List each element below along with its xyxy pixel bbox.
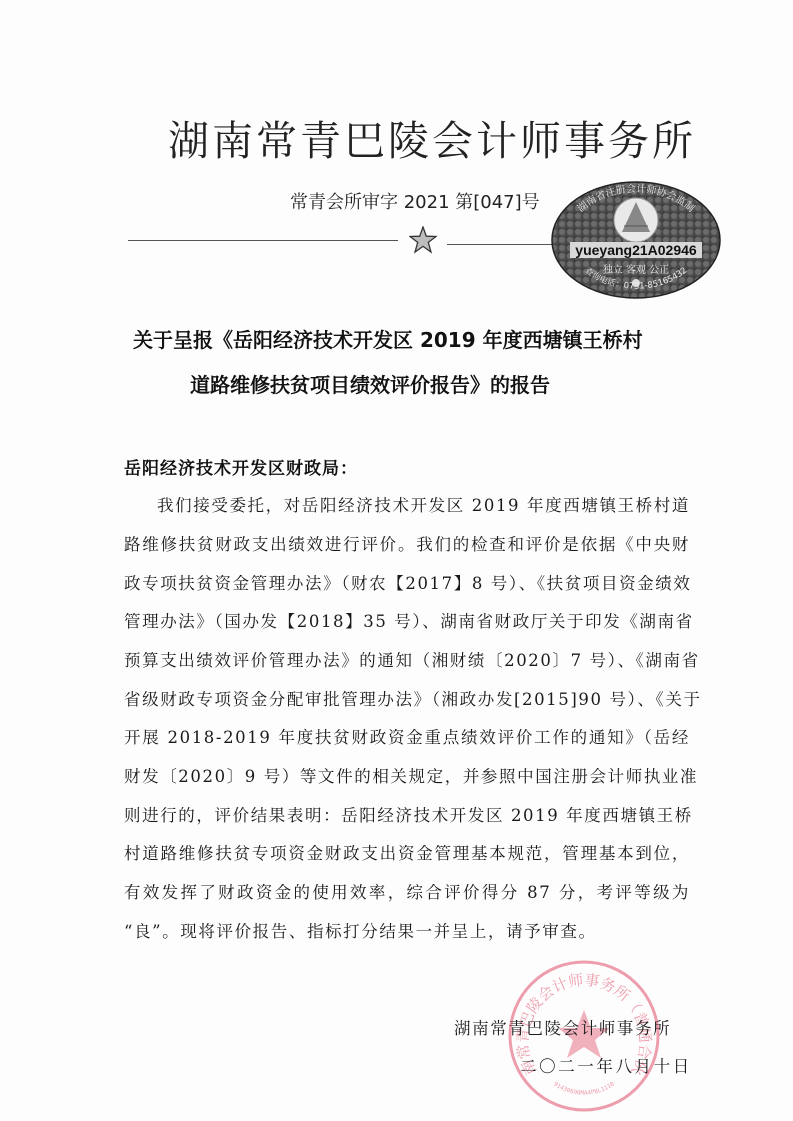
report-title-line-1: 关于呈报《岳阳经济技术开发区 2019 年度西塘镇王桥村 — [133, 324, 753, 353]
signature-date: 二〇二一年八月十日 — [520, 1053, 692, 1077]
body-line: 开展 2018-2019 年度扶贫财政资金重点绩效评价工作的通知》（岳经 — [124, 724, 690, 748]
body-line: 管理办法》（国办发【2018】35 号）、湖南省财政厅关于印发《湖南省 — [124, 608, 690, 632]
document-number: 常青会所审字 2021 第[047]号 — [290, 188, 540, 214]
firm-title: 湖南常青巴陵会计师事务所 — [168, 108, 708, 167]
anti-counterfeit-seal: 湖南省注册会计师协会监制 yueyang21A02946 独立 客观 公正 查询… — [550, 180, 722, 300]
body-line: 路维修扶贫财政支出绩效进行评价。我们的检查和评价是依据《中央财 — [124, 531, 690, 555]
report-title-line-2: 道路维修扶贫项目绩效评价报告》的报告 — [190, 369, 793, 398]
header-divider-right — [447, 244, 567, 245]
body-line: 预算支出绩效评价管理办法》的通知（湘财绩〔2020〕7 号）、《湖南省 — [124, 647, 690, 671]
salutation: 岳阳经济技术开发区财政局： — [124, 454, 358, 479]
body-line: 财发〔2020〕9 号）等文件的相关规定，并参照中国注册会计师执业准 — [124, 763, 690, 787]
signature-firm-name: 湖南常青巴陵会计师事务所 — [454, 1015, 671, 1039]
svg-text:91430600MA4PBL1110: 91430600MA4PBL1110 — [552, 1080, 616, 1096]
body-line: 政专项扶贫资金管理办法》（财农【2017】8 号）、《扶贫项目资金绩效 — [124, 570, 690, 594]
body-line: 村道路维修扶贫专项资金财政支出资金管理基本规范，管理基本到位， — [124, 840, 690, 864]
body-line: “良”。现将评价报告、指标打分结果一并呈上，请予审查。 — [124, 918, 597, 942]
body-line: 我们接受委托，对岳阳经济技术开发区 2019 年度西塘镇王桥村道 — [157, 492, 690, 516]
star-icon — [409, 226, 437, 254]
document-page: 湖南常青巴陵会计师事务所 常青会所审字 2021 第[047]号 湖南省注册会计… — [0, 0, 793, 1121]
body-line: 则进行的，评价结果表明：岳阳经济技术开发区 2019 年度西塘镇王桥 — [124, 802, 690, 826]
seal-motto: 独立 客观 公正 — [603, 263, 669, 276]
seal-code: yueyang21A02946 — [575, 242, 697, 258]
body-line: 有效发挥了财政资金的使用效率，综合评价得分 87 分，考评等级为 — [124, 879, 690, 903]
header-divider-left — [128, 240, 398, 241]
body-line: 省级财政专项资金分配审批管理办法》（湘政办发[2015]90 号）、《关于 — [124, 686, 690, 710]
seal-bottom-code: 91430600MA4PBL1110 — [552, 1080, 616, 1096]
